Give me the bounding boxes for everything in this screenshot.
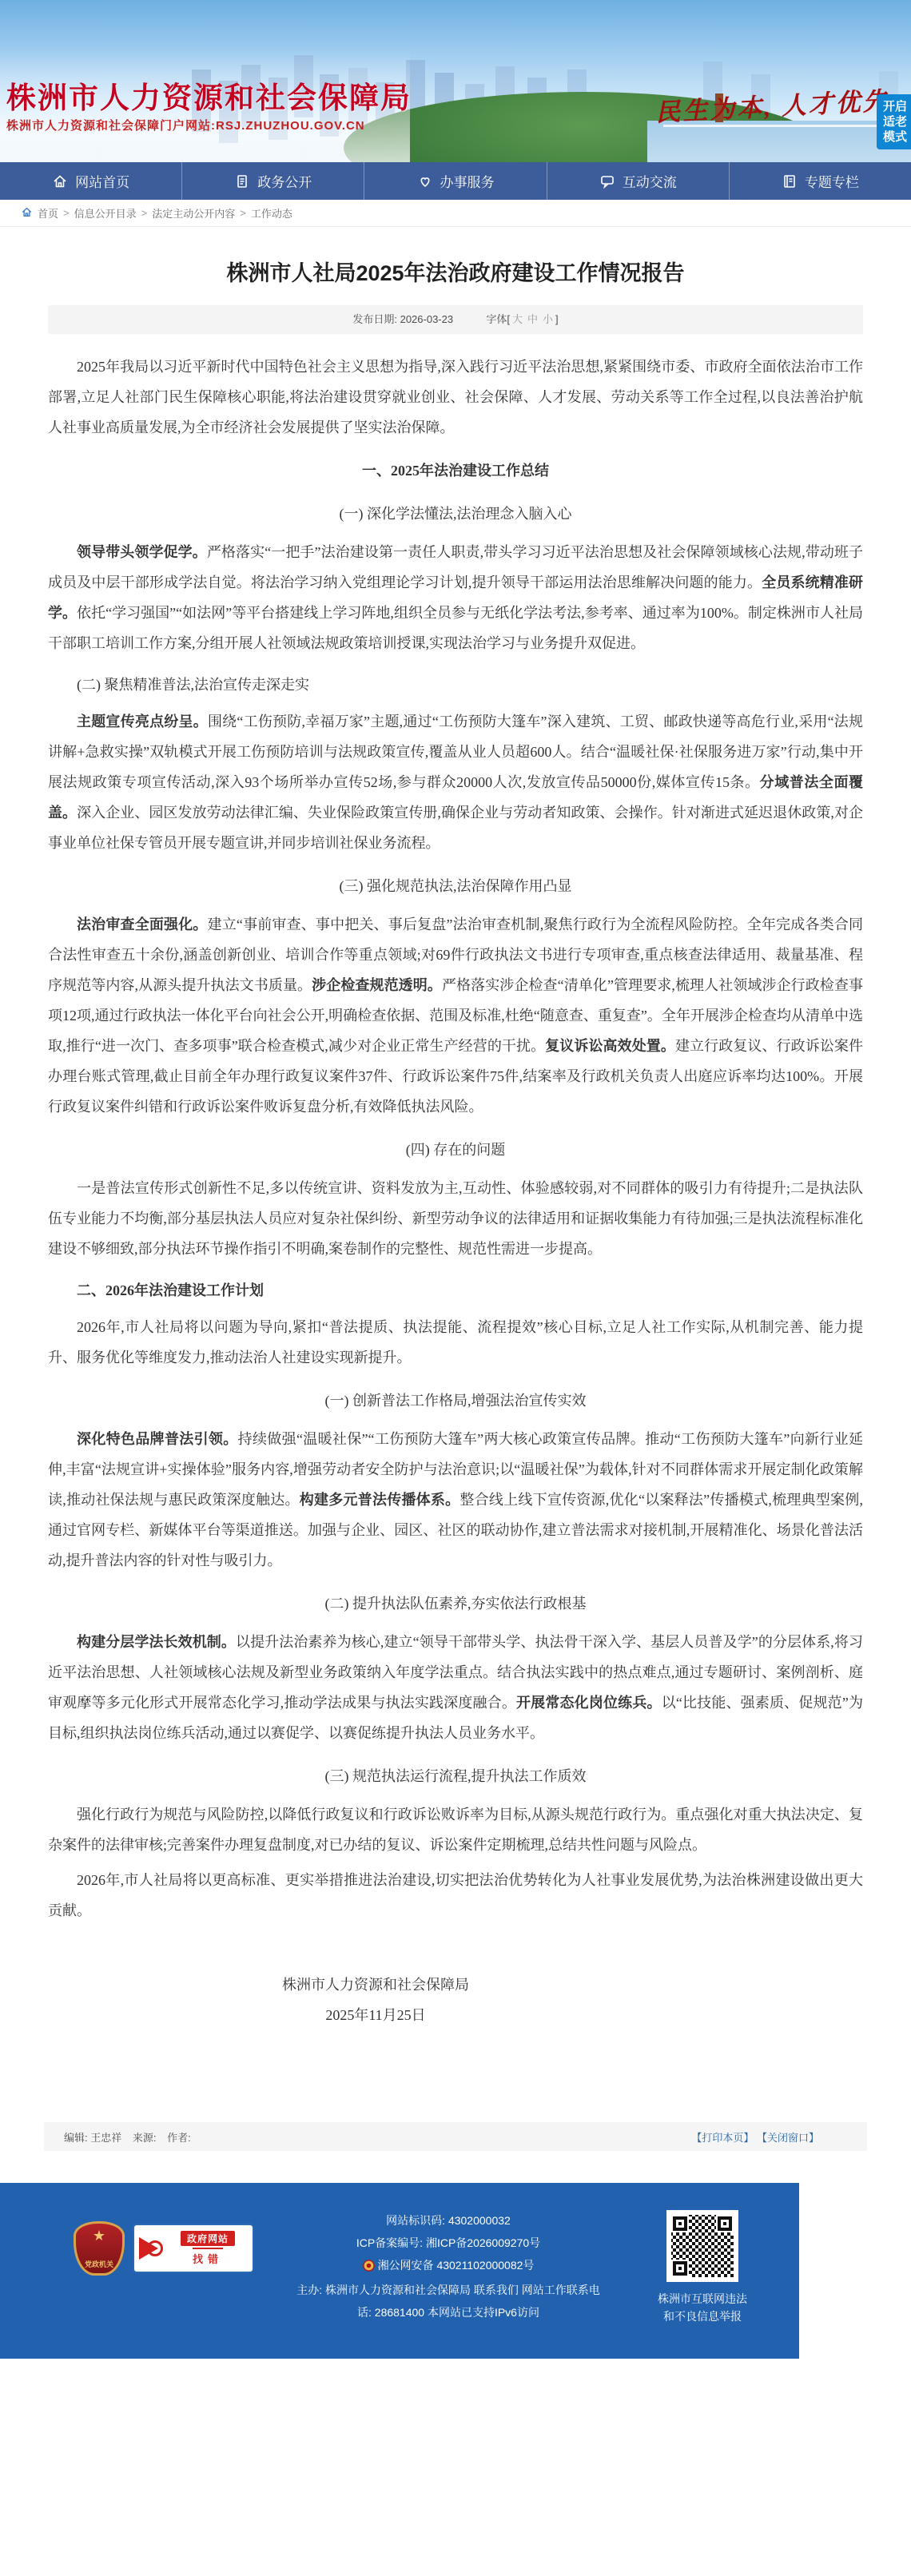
host-line-2: 话: 28681400 本网站已支持IPv6访问: [254, 2302, 642, 2323]
page: 株洲市人力资源和社会保障局 株洲市人力资源和社会保障门户网站:RSJ.ZHUZH…: [0, 0, 911, 2359]
article-paragraph: 构建分层学法长效机制。以提升法治素养为核心,建立“领导干部带头学、执法骨干深入学…: [48, 1627, 863, 1748]
editor-bar: 编辑: 王忠祥 来源: 作者: 【打印本页】 【关闭窗口】: [44, 2122, 867, 2151]
nav-label: 网站首页: [75, 171, 129, 191]
heart-icon: [417, 173, 433, 189]
breadcrumb-separator: >: [63, 207, 70, 219]
main-nav: 网站首页 政务公开 办事服务 互动交流 专题专栏: [0, 162, 911, 200]
nav-item-interaction[interactable]: 互动交流: [547, 162, 729, 200]
breadcrumb-item-legal-disclosure[interactable]: 法定主动公开内容: [152, 205, 235, 221]
article-paragraph: 强化行政行为规范与风险防控,以降低行政复议和行政诉讼败诉率为目标,从源头规范行政…: [48, 1799, 863, 1860]
breadcrumb-separator: >: [141, 207, 148, 219]
font-size-small-button[interactable]: 小: [543, 313, 553, 325]
article-paragraph: 2025年我局以习近平新时代中国特色社会主义思想为指导,深入践行习近平法治思想,…: [48, 352, 863, 443]
qr-caption-line-2: 和不良信息举报: [642, 2308, 762, 2325]
nav-label: 专题专栏: [805, 171, 859, 191]
breadcrumb-item-home[interactable]: 首页: [38, 205, 58, 221]
police-badge-icon: [363, 2257, 375, 2278]
party-gov-emblem-badge[interactable]: ★ 党政机关: [74, 2221, 125, 2276]
section-heading: (一) 创新普法工作格局,增强法治宣传实效: [48, 1385, 863, 1416]
nav-item-special-columns[interactable]: 专题专栏: [729, 162, 911, 200]
article-paragraph: 主题宣传亮点纷呈。围绕“工伤预防,幸福万家”主题,通过“工伤预防大篷车”深入建筑…: [48, 706, 863, 858]
article-paragraph: 一是普法宣传形式创新性不足,多以传统宣讲、资料发放为主,互动性、体验感较弱,对不…: [48, 1173, 863, 1264]
nav-item-services[interactable]: 办事服务: [364, 162, 546, 200]
chat-icon: [599, 173, 615, 189]
error-report-arrow-icon: [139, 2237, 158, 2260]
home-icon: [52, 173, 68, 189]
site-id-line: 网站标识码: 4302000032: [254, 2210, 642, 2231]
qr-caption-line-1: 株洲市互联网违法: [642, 2290, 762, 2308]
publish-date-label: 发布日期:: [352, 313, 397, 325]
editor-actions: 【打印本页】 【关闭窗口】: [691, 2129, 819, 2145]
site-portal-url: 株洲市人力资源和社会保障门户网站:RSJ.ZHUZHOU.GOV.CN: [6, 117, 365, 133]
report-qr-code: [666, 2210, 738, 2282]
article-paragraph: 深化特色品牌普法引领。持续做强“温暖社保”“工伤预防大篷车”两大核心政策宣传品牌…: [48, 1424, 863, 1576]
section-heading: (二) 聚焦精准普法,法治宣传走深走实: [48, 670, 863, 700]
source-label: 来源:: [133, 2132, 157, 2144]
police-line-wrap: 湘公网安备 43021102000082号: [254, 2255, 642, 2278]
book-icon: [782, 173, 798, 189]
police-line[interactable]: 湘公网安备 43021102000082号: [378, 2259, 535, 2272]
elder-mode-button[interactable]: 开启适老模式: [877, 94, 911, 149]
breadcrumb-item-info-catalog[interactable]: 信息公开目录: [74, 205, 137, 221]
font-size-medium-button[interactable]: 中: [527, 313, 538, 325]
editor-name: 编辑: 王忠祥: [64, 2132, 121, 2144]
editor-info: 编辑: 王忠祥 来源: 作者:: [64, 2129, 199, 2145]
publish-date: 2026-03-23: [400, 313, 454, 325]
error-report-text: 政府网站 找错: [168, 2231, 248, 2266]
nav-item-home[interactable]: 网站首页: [0, 162, 181, 200]
article-meta-bar: 发布日期: 2026-03-23 字体[大中小]: [48, 305, 863, 334]
emblem-star-icon: ★: [93, 2228, 105, 2243]
breadcrumb-item-work-news[interactable]: 工作动态: [251, 205, 292, 221]
signature-date: 2025年11月25日: [48, 2000, 703, 2030]
section-heading: (三) 规范执法运行流程,提升执法工作质效: [48, 1761, 863, 1791]
section-heading: (一) 深化学法懂法,法治理念入脑入心: [48, 499, 863, 529]
footer-info: 网站标识码: 4302000032 ICP备案编号: 湘ICP备20260092…: [254, 2208, 642, 2324]
nav-item-gov-info[interactable]: 政务公开: [181, 162, 364, 200]
font-size-large-button[interactable]: 大: [512, 313, 523, 325]
icp-line: ICP备案编号: 湘ICP备2026009270号: [254, 2232, 642, 2253]
font-size-label: 字体[: [486, 313, 510, 325]
article-paragraph: 2026年,市人社局将以问题为导向,紧扣“普法提质、执法提能、流程提效”核心目标…: [48, 1312, 863, 1373]
author-label: 作者:: [167, 2132, 191, 2144]
website-error-report-badge[interactable]: 政府网站 找错: [133, 2224, 254, 2273]
article-paragraph: 领导带头领学促学。严格落实“一把手”法治建设第一责任人职责,带头学习习近平法治思…: [48, 537, 863, 658]
signature-org: 株洲市人力资源和社会保障局: [48, 1970, 703, 2000]
nav-label: 政务公开: [257, 171, 312, 191]
footer-badges: ★ 党政机关 政府网站 找错: [74, 2221, 254, 2276]
breadcrumb-separator: >: [240, 207, 246, 219]
article-paragraph: 2026年,市人社局将以更高标准、更实举措推进法治建设,切实把法治优势转化为人社…: [48, 1865, 863, 1926]
error-report-sub: 找错: [193, 2248, 223, 2266]
print-page-button[interactable]: 【打印本页】: [691, 2132, 754, 2144]
breadcrumb-home-icon: [21, 206, 33, 221]
section-heading: (三) 强化规范执法,法治保障作用凸显: [48, 871, 863, 901]
article-container: 株洲市人社局2025年法治政府建设工作情况报告 发布日期: 2026-03-23…: [0, 259, 911, 2030]
site-footer: ★ 党政机关 政府网站 找错 网站标识码: 4302000032 ICP备案编号…: [0, 2183, 799, 2359]
signature-block: 株洲市人力资源和社会保障局 2025年11月25日: [48, 1970, 703, 2030]
page-title: 株洲市人社局2025年法治政府建设工作情况报告: [48, 259, 863, 288]
article-paragraph: 法治审查全面强化。建立“事前审查、事中把关、事后复盘”法治审查机制,聚焦行政行为…: [48, 909, 863, 1122]
section-heading: (四) 存在的问题: [48, 1135, 863, 1165]
section-heading: 二、2026年法治建设工作计划: [48, 1275, 863, 1306]
font-size-label-close: ]: [555, 313, 559, 325]
nav-label: 办事服务: [440, 171, 495, 191]
section-heading: 一、2025年法治建设工作总结: [48, 455, 863, 486]
emblem-label: 党政机关: [76, 2259, 122, 2269]
section-heading: (二) 提升执法队伍素养,夯实依法行政根基: [48, 1588, 863, 1619]
article-body: 2025年我局以习近平新时代中国特色社会主义思想为指导,深入践行习近平法治思想,…: [48, 352, 863, 1926]
nav-label: 互动交流: [623, 171, 677, 191]
footer-qr-block: 株洲市互联网违法 和不良信息举报: [642, 2207, 762, 2325]
breadcrumb: 首页 > 信息公开目录 > 法定主动公开内容 > 工作动态: [0, 200, 911, 227]
error-report-title: 政府网站: [181, 2231, 235, 2246]
document-icon: [234, 173, 250, 189]
site-title: 株洲市人力资源和社会保障局: [6, 74, 412, 117]
header-banner: 株洲市人力资源和社会保障局 株洲市人力资源和社会保障门户网站:RSJ.ZHUZH…: [0, 0, 911, 162]
host-line-1: 主办: 株洲市人力资源和社会保障局 联系我们 网站工作联系电: [254, 2280, 642, 2300]
close-window-button[interactable]: 【关闭窗口】: [757, 2132, 819, 2144]
